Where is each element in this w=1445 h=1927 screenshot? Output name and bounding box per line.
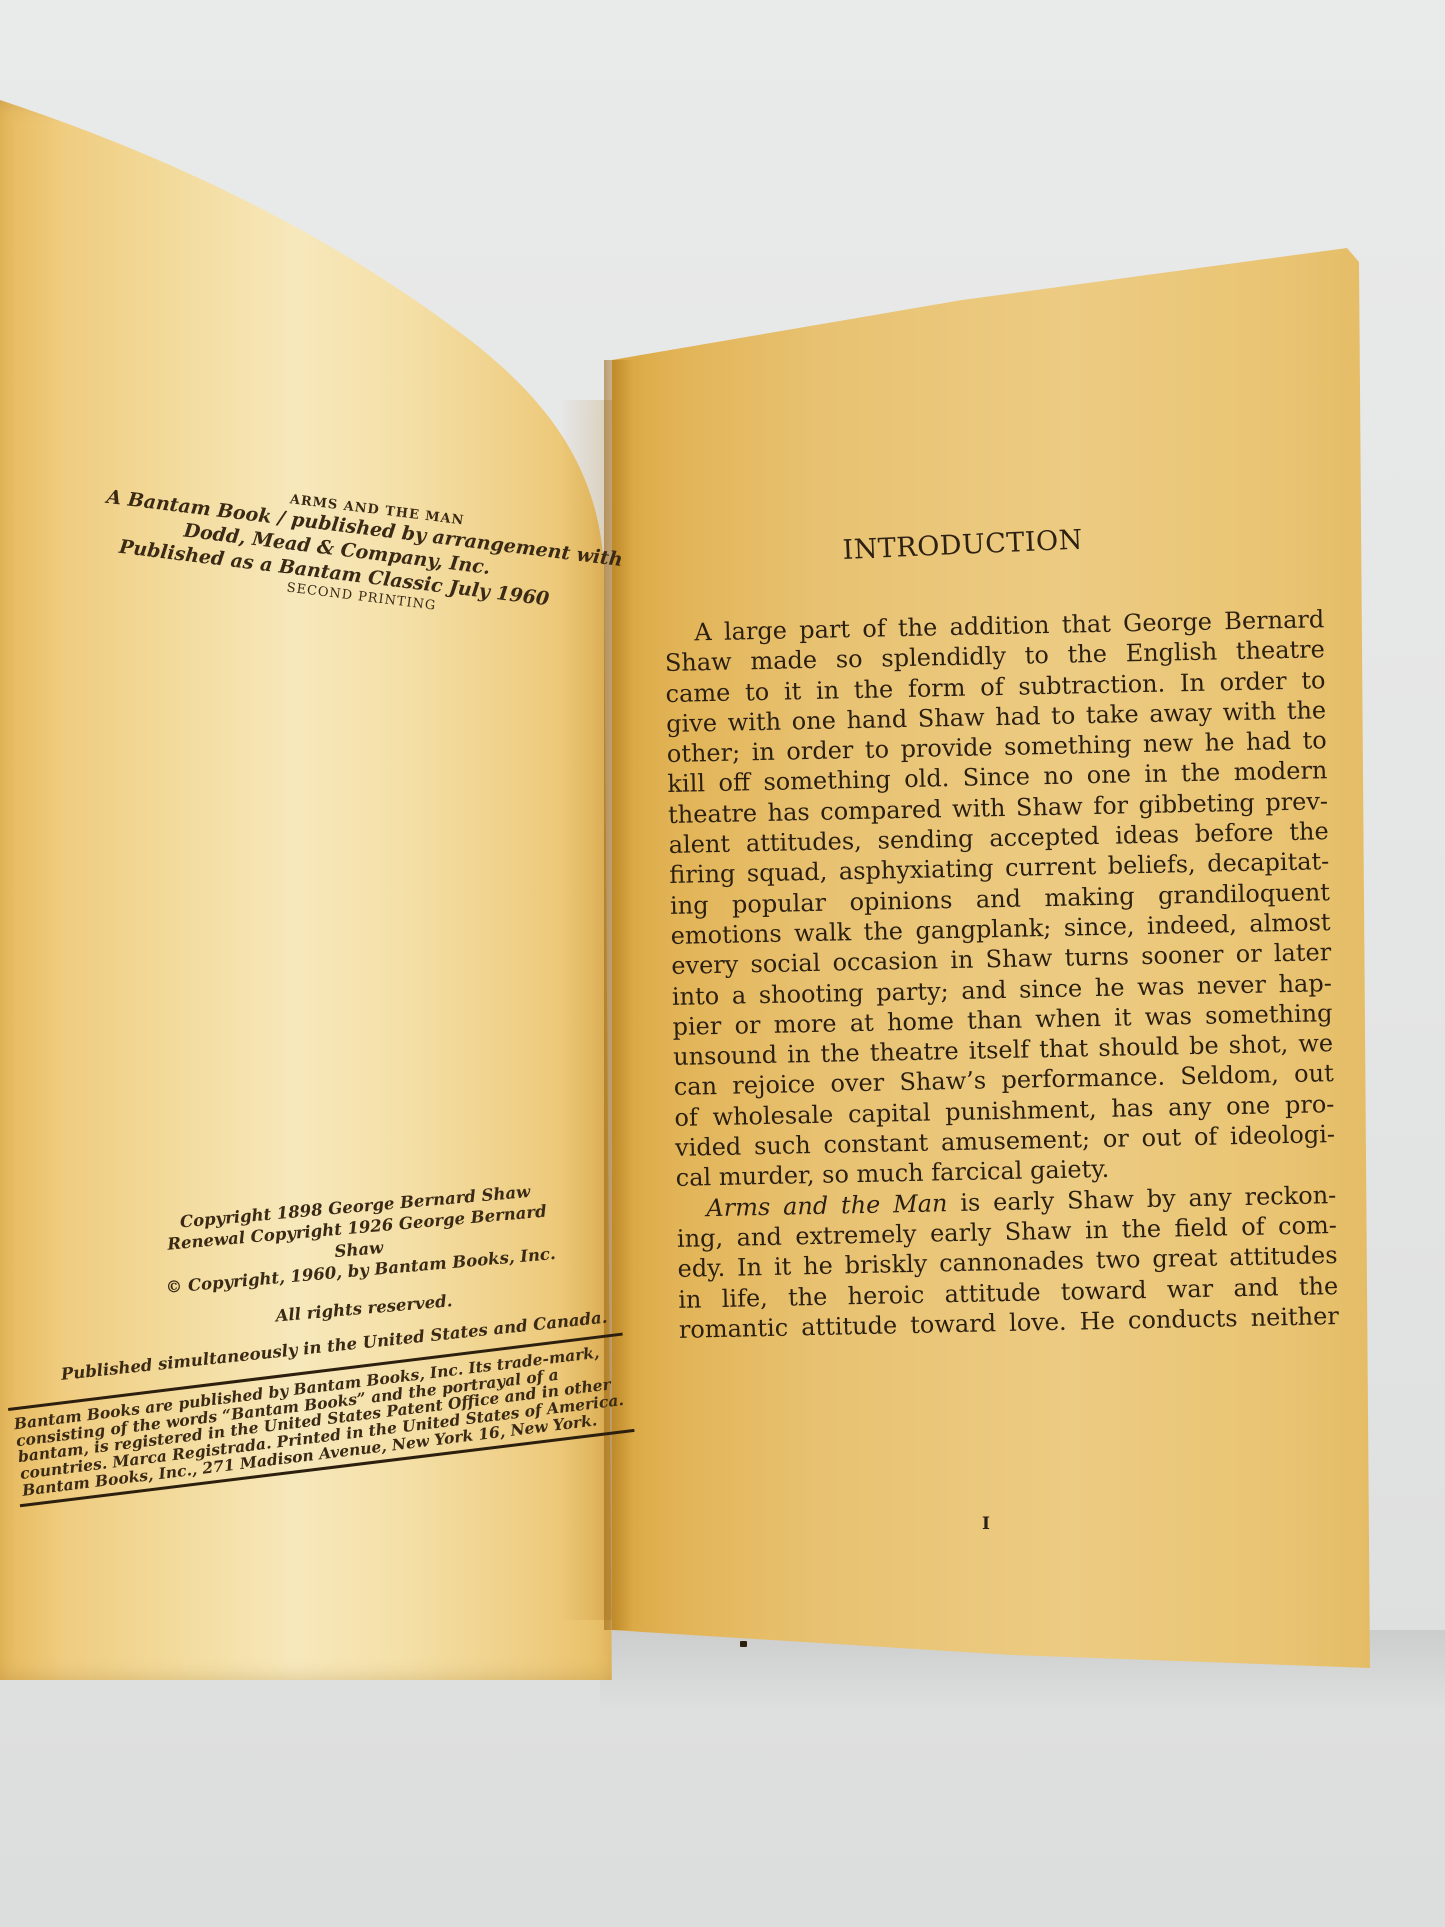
play-title-italic: Arms and the Man <box>706 1189 948 1222</box>
page-number: I <box>982 1514 990 1534</box>
page-edge-mark <box>740 1641 747 1647</box>
introduction-body: A large part of the addition that George… <box>664 604 1339 1345</box>
book-photo-scene: ARMS AND THE MAN A Bantam Book / publish… <box>0 0 1445 1927</box>
